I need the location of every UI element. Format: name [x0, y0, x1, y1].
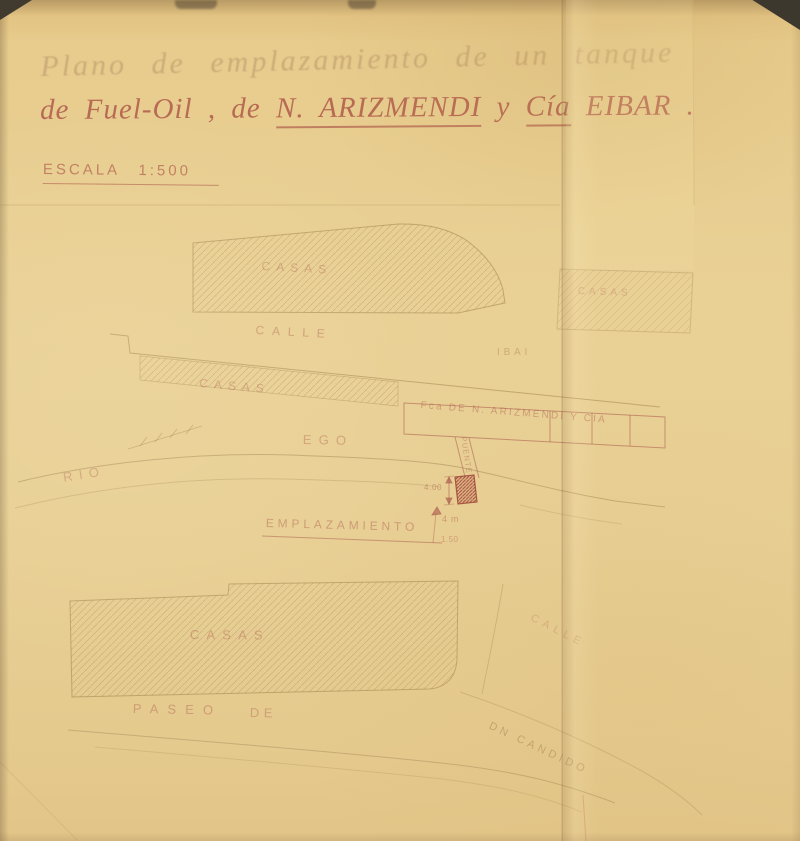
- label-paseo: PASEO: [133, 701, 223, 718]
- label-ego-river: EGO: [303, 432, 354, 448]
- company-cia: Cía: [526, 90, 571, 126]
- tank-rect: [455, 475, 477, 504]
- title-line2-prefix: de Fuel-Oil , de: [40, 92, 261, 126]
- embankment-ticks: [128, 425, 202, 449]
- dimension-tank-depth: 1.50: [441, 535, 459, 544]
- city-name: EIBAR .: [586, 89, 695, 122]
- company-name: N. ARIZMENDI: [276, 91, 482, 128]
- parcel-edge-line: [482, 584, 503, 694]
- label-ibai: IBAI: [497, 347, 531, 358]
- label-casas-bottom: CASAS: [190, 627, 270, 643]
- building-right-casas: [557, 269, 693, 333]
- label-casas-right: CASAS: [578, 286, 632, 299]
- building-top-casas: [193, 224, 505, 313]
- title-line2-connector: y: [496, 91, 510, 123]
- label-paseo-de: DE: [250, 705, 277, 720]
- dimension-tank-width: 4 m: [442, 514, 459, 524]
- dimension-tank-height: 4.00: [424, 483, 442, 492]
- scale-label: ESCALA 1:500: [43, 161, 219, 186]
- diagonal-road-line: [460, 692, 702, 815]
- title-line2: de Fuel-Oil , de N. ARIZMENDI y Cía EIBA…: [40, 89, 695, 127]
- building-mid-casas: [140, 356, 398, 406]
- emplazamiento-underline: [262, 536, 442, 543]
- river-bank-lines: [15, 454, 665, 524]
- site-plan-document: Plano de emplazamiento de un tanque de F…: [0, 0, 800, 841]
